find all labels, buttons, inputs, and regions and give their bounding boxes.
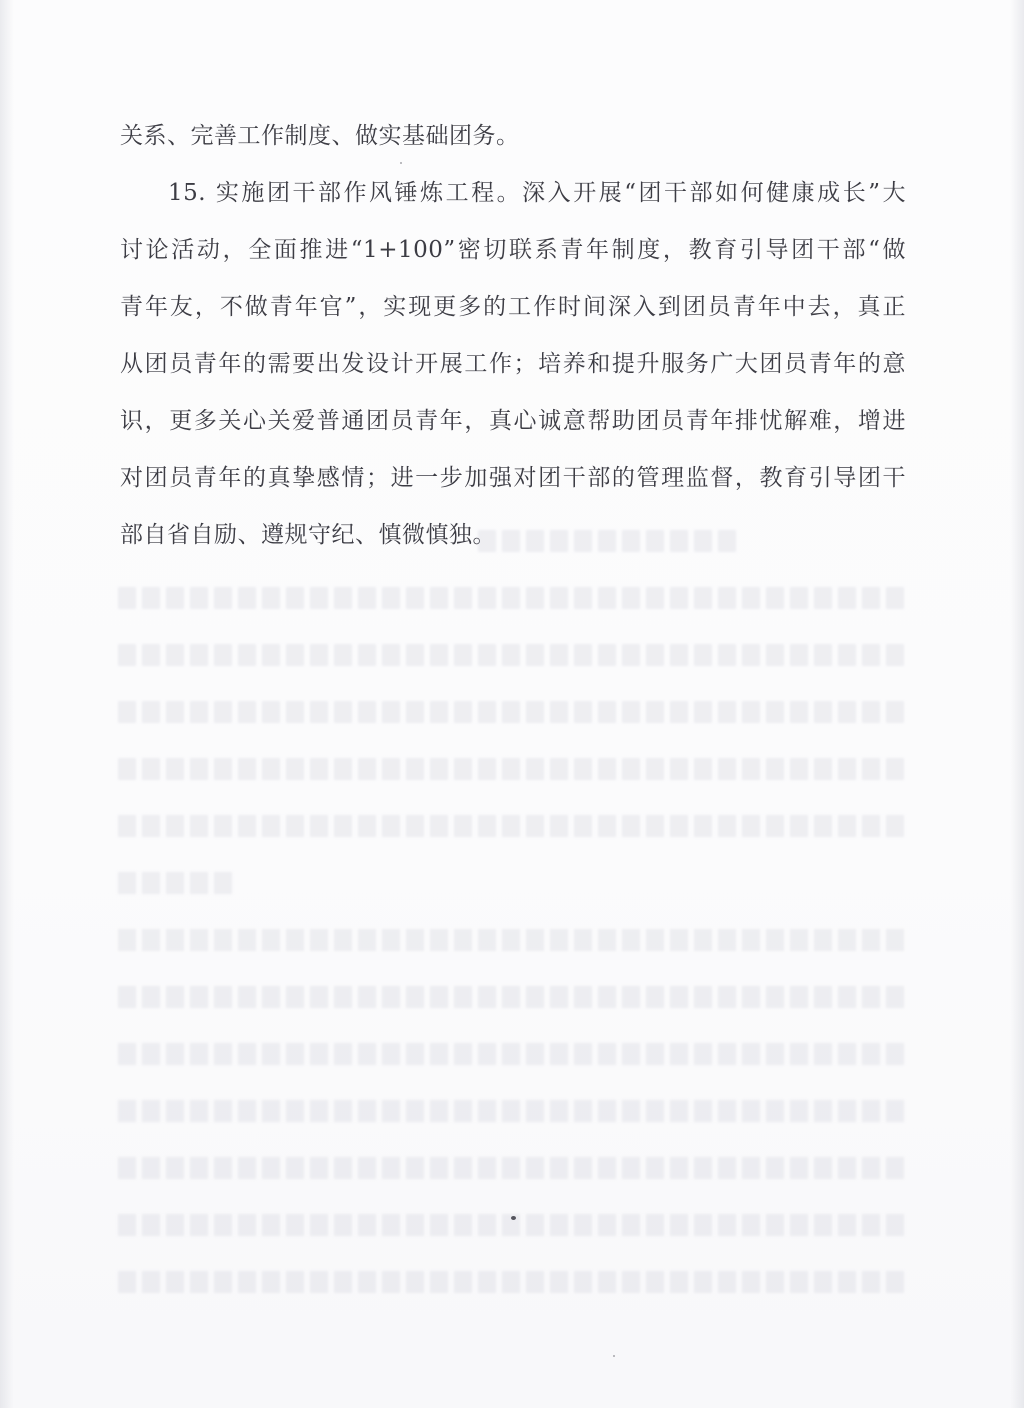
bleed-line [118,1204,908,1261]
bleed-line [118,577,908,634]
text-line: 对团员青年的真挚感情；进一步加强对团干部的管理监督，教育引导团干 [120,458,906,515]
text-line: 青年友，不做青年官”，实现更多的工作时间深入到团员青年中去，真正 [120,287,906,344]
bleed-line [118,805,908,862]
body-text: 关系、完善工作制度、做实基础团务。 15. 实施团干部作风锤炼工程。深入开展“团… [120,116,906,572]
scan-speck [400,162,402,164]
scan-speck [511,1216,516,1220]
page-edge-shadow-right [1010,0,1024,1408]
scanned-page: 关系、完善工作制度、做实基础团务。 15. 实施团干部作风锤炼工程。深入开展“团… [0,0,1024,1408]
text-line: 从团员青年的需要出发设计开展工作；培养和提升服务广大团员青年的意 [120,344,906,401]
bleed-line [118,1033,908,1090]
bleed-line [118,1261,908,1318]
section-heading-line: 15. 实施团干部作风锤炼工程。深入开展“团干部如何健康成长”大 [120,173,906,230]
bleed-line [118,862,908,919]
text-line: 关系、完善工作制度、做实基础团务。 [120,116,906,173]
show-through-from-reverse [118,520,908,1318]
text-line: 讨论活动，全面推进“1+100”密切联系青年制度，教育引导团干部“做 [120,230,906,287]
scan-speck [613,1355,615,1357]
bleed-line [118,634,908,691]
bleed-line [118,1090,908,1147]
bleed-line [118,1147,908,1204]
bleed-line [118,691,908,748]
bleed-line [118,919,908,976]
bleed-line [118,748,908,805]
bleed-line [118,520,908,577]
page-edge-shadow-left [0,0,14,1408]
text-line: 识，更多关心关爱普通团员青年，真心诚意帮助团员青年排忧解难，增进 [120,401,906,458]
bleed-line [118,976,908,1033]
